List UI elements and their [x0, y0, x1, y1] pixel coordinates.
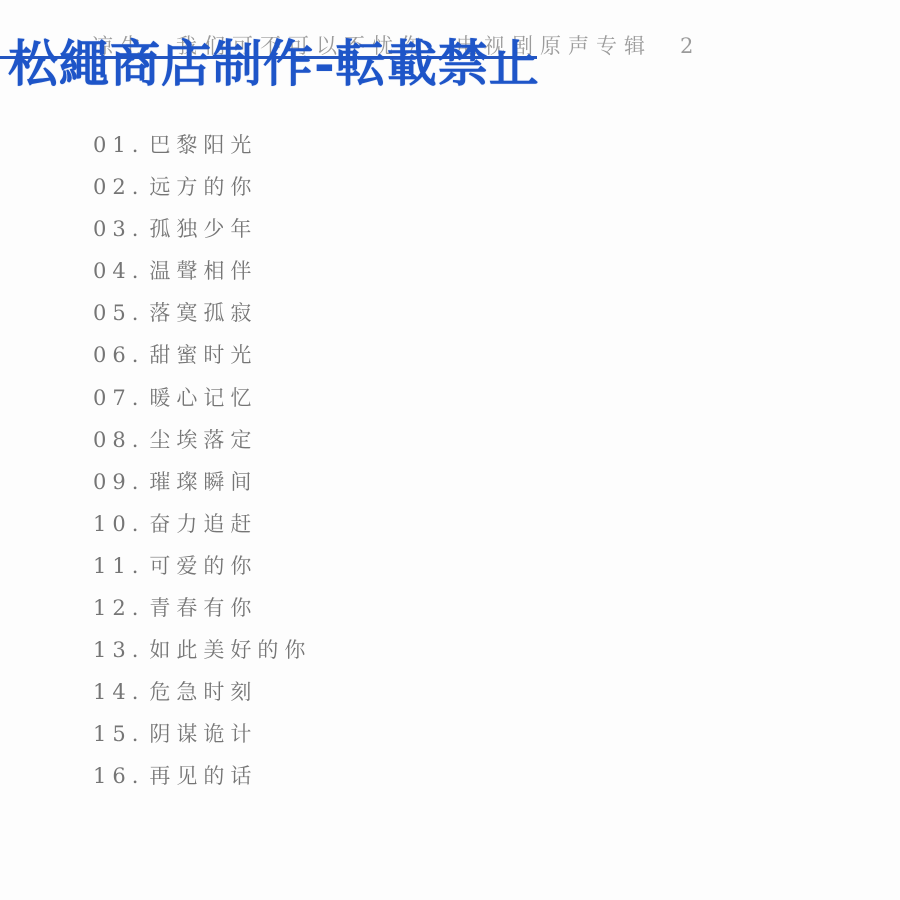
track-title: 孤独少年 [149, 217, 257, 241]
track-row: 10.奋力追赶 [93, 503, 311, 545]
track-row: 01.巴黎阳光 [93, 124, 311, 166]
track-title: 如此美好的你 [149, 638, 311, 662]
track-row: 12.青春有你 [93, 587, 311, 629]
track-row: 14.危急时刻 [93, 671, 311, 713]
track-title: 远方的你 [149, 175, 257, 199]
track-row: 05.落寞孤寂 [93, 292, 311, 334]
track-number: 13 [93, 638, 132, 662]
track-row: 04.温聲相伴 [93, 250, 311, 292]
track-number: 09 [93, 470, 132, 494]
track-number: 01 [93, 133, 132, 157]
track-title: 璀璨瞬间 [149, 470, 257, 494]
track-separator: . [132, 259, 145, 283]
track-row: 07.暖心记忆 [93, 377, 311, 419]
track-title: 尘埃落定 [149, 428, 257, 452]
track-separator: . [132, 596, 145, 620]
track-separator: . [132, 386, 145, 410]
track-separator: . [132, 301, 145, 325]
track-separator: . [132, 428, 145, 452]
track-separator: . [132, 470, 145, 494]
track-row: 03.孤独少年 [93, 208, 311, 250]
track-title: 可爱的你 [149, 554, 257, 578]
track-title: 温聲相伴 [149, 259, 257, 283]
track-title: 暖心记忆 [149, 386, 257, 410]
track-number: 16 [93, 764, 132, 788]
track-number: 07 [93, 386, 132, 410]
track-number: 14 [93, 680, 132, 704]
track-separator: . [132, 764, 145, 788]
track-separator: . [132, 554, 145, 578]
track-row: 08.尘埃落定 [93, 419, 311, 461]
track-number: 04 [93, 259, 132, 283]
track-title: 巴黎阳光 [149, 133, 257, 157]
track-row: 09.璀璨瞬间 [93, 461, 311, 503]
track-separator: . [132, 722, 145, 746]
track-row: 15.阴谋诡计 [93, 713, 311, 755]
track-row: 13.如此美好的你 [93, 629, 311, 671]
track-title: 甜蜜时光 [149, 343, 257, 367]
track-row: 16.再见的话 [93, 755, 311, 797]
track-number: 05 [93, 301, 132, 325]
track-number: 11 [93, 554, 132, 578]
track-number: 02 [93, 175, 132, 199]
track-separator: . [132, 343, 145, 367]
track-row: 02.远方的你 [93, 166, 311, 208]
page-canvas: 凉生，我们可不可以不忧伤 电视剧原声专辑 2 松繩商店制作-転載禁止 01.巴黎… [0, 0, 900, 900]
track-number: 08 [93, 428, 132, 452]
track-list: 01.巴黎阳光 02.远方的你 03.孤独少年 04.温聲相伴 05.落寞孤寂 … [93, 124, 311, 798]
track-number: 03 [93, 217, 132, 241]
track-title: 奋力追赶 [149, 512, 257, 536]
track-title: 危急时刻 [149, 680, 257, 704]
track-title: 青春有你 [149, 596, 257, 620]
track-title: 再见的话 [149, 764, 257, 788]
track-row: 06.甜蜜时光 [93, 334, 311, 376]
track-number: 15 [93, 722, 132, 746]
track-row: 11.可爱的你 [93, 545, 311, 587]
track-separator: . [132, 512, 145, 536]
track-title: 落寞孤寂 [149, 301, 257, 325]
track-title: 阴谋诡计 [149, 722, 257, 746]
shop-watermark: 松繩商店制作-転載禁止 [8, 24, 540, 96]
track-separator: . [132, 175, 145, 199]
track-number: 10 [93, 512, 132, 536]
track-separator: . [132, 680, 145, 704]
track-number: 12 [93, 596, 132, 620]
track-separator: . [132, 133, 145, 157]
track-separator: . [132, 217, 145, 241]
track-separator: . [132, 638, 145, 662]
track-number: 06 [93, 343, 132, 367]
